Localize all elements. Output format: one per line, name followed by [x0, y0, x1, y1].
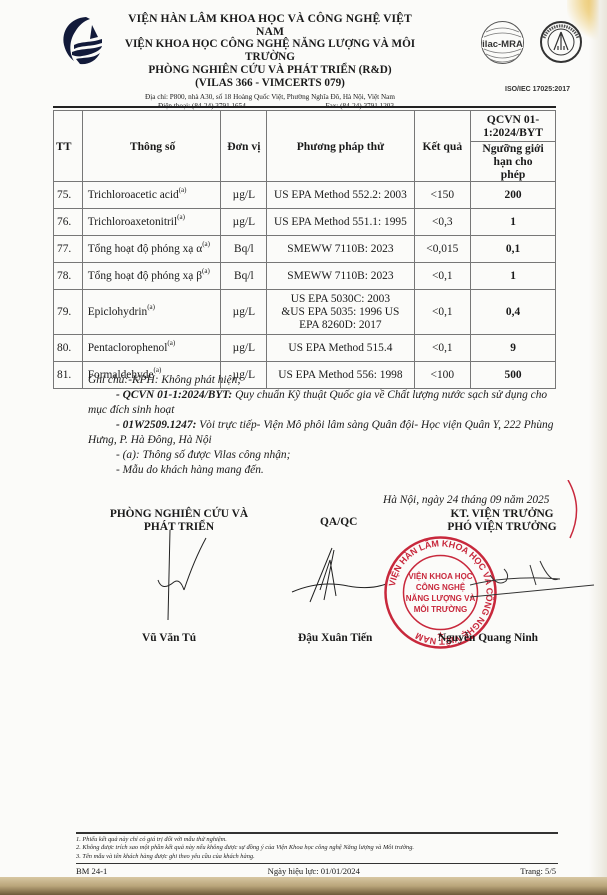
row-method: US EPA Method 551.1: 1995	[267, 209, 414, 236]
row-index: 79.	[54, 290, 83, 335]
row-limit: 1	[471, 263, 556, 290]
col-header-limit: Ngưỡng giới hạn cho phép	[471, 142, 556, 182]
row-limit: 0,4	[471, 290, 556, 335]
svg-text:VIỆN KHOA HỌC: VIỆN KHOA HỌC	[408, 572, 472, 581]
signature-dau-xuan-tien-icon	[290, 540, 390, 610]
row-parameter: Pentaclorophenol(a)	[82, 335, 221, 362]
header-accreditation: (VILAS 366 - VIMCERTS 079)	[120, 77, 420, 90]
col-header-standard: QCVN 01-1:2024/BYT	[471, 111, 556, 142]
svg-text:ilac-MRA: ilac-MRA	[482, 39, 523, 50]
vilas-mark: (a)	[177, 213, 185, 221]
row-result: <0,1	[414, 290, 471, 335]
row-parameter: Tổng hoạt độ phóng xạ α(a)	[82, 236, 221, 263]
note-qcvn: - QCVN 01-1:2024/BYT: Quy chuẩn Kỹ thuật…	[88, 388, 558, 418]
row-method: SMEWW 7110B: 2023	[267, 263, 414, 290]
note-kph: Ghi chú:-KPH: Không phát hiện;	[88, 373, 558, 388]
row-parameter: Trichloroaxetonitril(a)	[82, 209, 221, 236]
table-row: 76.Trichloroaxetonitril(a)µg/LUS EPA Met…	[54, 209, 556, 236]
row-index: 78.	[54, 263, 83, 290]
page-number: Trang: 5/5	[520, 866, 556, 876]
col-header-param: Thông số	[82, 111, 221, 182]
header-department: PHÒNG NGHIÊN CỨU VÀ PHÁT TRIỂN (R&D)	[120, 64, 420, 77]
row-limit: 9	[471, 335, 556, 362]
header-divider	[53, 106, 556, 108]
footer-divider-top	[76, 832, 558, 834]
table-row: 77.Tổng hoạt độ phóng xạ α(a)Bq/lSMEWW 7…	[54, 236, 556, 263]
row-index: 76.	[54, 209, 83, 236]
header-institute: VIỆN KHOA HỌC CÔNG NGHỆ NĂNG LƯỢNG VÀ MÔ…	[120, 38, 420, 64]
results-table: TT Thông số Đơn vị Phương pháp thử Kết q…	[53, 110, 556, 389]
signature-nguyen-quang-ninh-icon	[470, 555, 595, 615]
table-row: 80.Pentaclorophenol(a)µg/LUS EPA Method …	[54, 335, 556, 362]
row-method: SMEWW 7110B: 2023	[267, 236, 414, 263]
table-row: 79.Epiclohydrin(a)µg/LUS EPA 5030C: 2003…	[54, 290, 556, 335]
row-index: 80.	[54, 335, 83, 362]
row-unit: µg/L	[221, 182, 267, 209]
document-page: VIỆN HÀN LÂM KHOA HỌC VÀ CÔNG NGHỆ VIỆT …	[0, 0, 607, 895]
row-limit: 200	[471, 182, 556, 209]
footer-note-3: 3. Tên mẫu và tên khách hàng được ghi th…	[76, 853, 566, 861]
row-method: US EPA Method 515.4	[267, 335, 414, 362]
row-parameter: Epiclohydrin(a)	[82, 290, 221, 335]
row-result: <0,3	[414, 209, 471, 236]
footer-note-2: 2. Không được trích sao một phần kết quả…	[76, 844, 566, 852]
table-row: 75.Trichloroacetic acid(a)µg/LUS EPA Met…	[54, 182, 556, 209]
institute-header: VIỆN HÀN LÂM KHOA HỌC VÀ CÔNG NGHỆ VIỆT …	[120, 12, 420, 111]
note-customer: - Mẫu do khách hàng mang đến.	[88, 463, 558, 478]
row-result: <0,1	[414, 263, 471, 290]
header-academy: VIỆN HÀN LÂM KHOA HỌC VÀ CÔNG NGHỆ VIỆT …	[120, 12, 420, 38]
row-index: 77.	[54, 236, 83, 263]
vilas-mark: (a)	[147, 303, 155, 311]
header-address: Địa chỉ: P800, nhà A30, số 18 Hoàng Quốc…	[120, 93, 420, 102]
col-header-tt: TT	[54, 111, 83, 182]
scan-bottom-edge	[0, 877, 607, 895]
issue-date: Hà Nội, ngày 24 tháng 09 năm 2025	[383, 494, 549, 506]
director-title: KT. VIỆN TRƯỞNG PHÓ VIỆN TRƯỞNG	[432, 508, 572, 533]
bureau-accreditation-icon	[540, 20, 582, 65]
row-limit: 1	[471, 209, 556, 236]
results-table-body: 75.Trichloroacetic acid(a)µg/LUS EPA Met…	[54, 182, 556, 389]
note-vilas: - (a): Thông số được Vilas công nhận;	[88, 448, 558, 463]
footer-meta: BM 24-1 Ngày hiệu lực: 01/01/2024 Trang:…	[76, 866, 556, 876]
col-header-result: Kết quả	[414, 111, 471, 182]
rd-signer-name: Vũ Văn Tú	[142, 632, 196, 644]
ilac-mra-icon: ilac-MRA	[480, 20, 525, 65]
row-method: US EPA 5030C: 2003 &US EPA 5035: 1996 US…	[267, 290, 414, 335]
row-result: <0,015	[414, 236, 471, 263]
row-method: US EPA Method 552.2: 2003	[267, 182, 414, 209]
svg-text:NĂNG LƯỢNG VÀ: NĂNG LƯỢNG VÀ	[406, 594, 476, 603]
vilas-mark: (a)	[202, 267, 210, 275]
vilas-mark: (a)	[179, 186, 187, 194]
signature-vu-van-tu-icon	[140, 530, 210, 620]
col-header-unit: Đơn vị	[221, 111, 267, 182]
stamp-edge-mark-icon	[566, 480, 586, 540]
note-sample: - 01W2509.1247: Vòi trực tiếp- Viện Mô p…	[88, 418, 558, 448]
iso-standard-label: ISO/IEC 17025:2017	[505, 86, 570, 93]
table-row: 78.Tổng hoạt độ phóng xạ β(a)Bq/lSMEWW 7…	[54, 263, 556, 290]
form-code: BM 24-1	[76, 866, 107, 876]
row-unit: µg/L	[221, 209, 267, 236]
row-unit: Bq/l	[221, 236, 267, 263]
paper-edge-shading	[589, 0, 607, 895]
svg-text:CÔNG NGHỆ: CÔNG NGHỆ	[416, 583, 466, 592]
row-index: 75.	[54, 182, 83, 209]
row-parameter: Trichloroacetic acid(a)	[82, 182, 221, 209]
col-header-method: Phương pháp thử	[267, 111, 414, 182]
row-result: <150	[414, 182, 471, 209]
row-index: 81.	[54, 362, 83, 389]
row-unit: µg/L	[221, 290, 267, 335]
vilas-mark: (a)	[167, 339, 175, 347]
qa-signer-name: Đậu Xuân Tiến	[298, 632, 372, 644]
effective-date: Ngày hiệu lực: 01/01/2024	[268, 866, 360, 876]
footer-divider-bottom	[76, 863, 558, 864]
notes-section: Ghi chú:-KPH: Không phát hiện; - QCVN 01…	[88, 373, 558, 478]
row-parameter: Tổng hoạt độ phóng xạ β(a)	[82, 263, 221, 290]
director-name: Nguyễn Quang Ninh	[438, 632, 538, 644]
institute-logo-icon	[60, 15, 106, 67]
vilas-mark: (a)	[202, 240, 210, 248]
row-result: <0,1	[414, 335, 471, 362]
svg-text:MÔI TRƯỜNG: MÔI TRƯỜNG	[414, 605, 467, 614]
footer-note-1: 1. Phiếu kết quả này chỉ có giá trị đối …	[76, 836, 566, 844]
row-unit: Bq/l	[221, 263, 267, 290]
row-limit: 0,1	[471, 236, 556, 263]
footer-notes: 1. Phiếu kết quả này chỉ có giá trị đối …	[76, 836, 566, 861]
qa-signer-title: QA/QC	[320, 516, 357, 529]
row-unit: µg/L	[221, 335, 267, 362]
